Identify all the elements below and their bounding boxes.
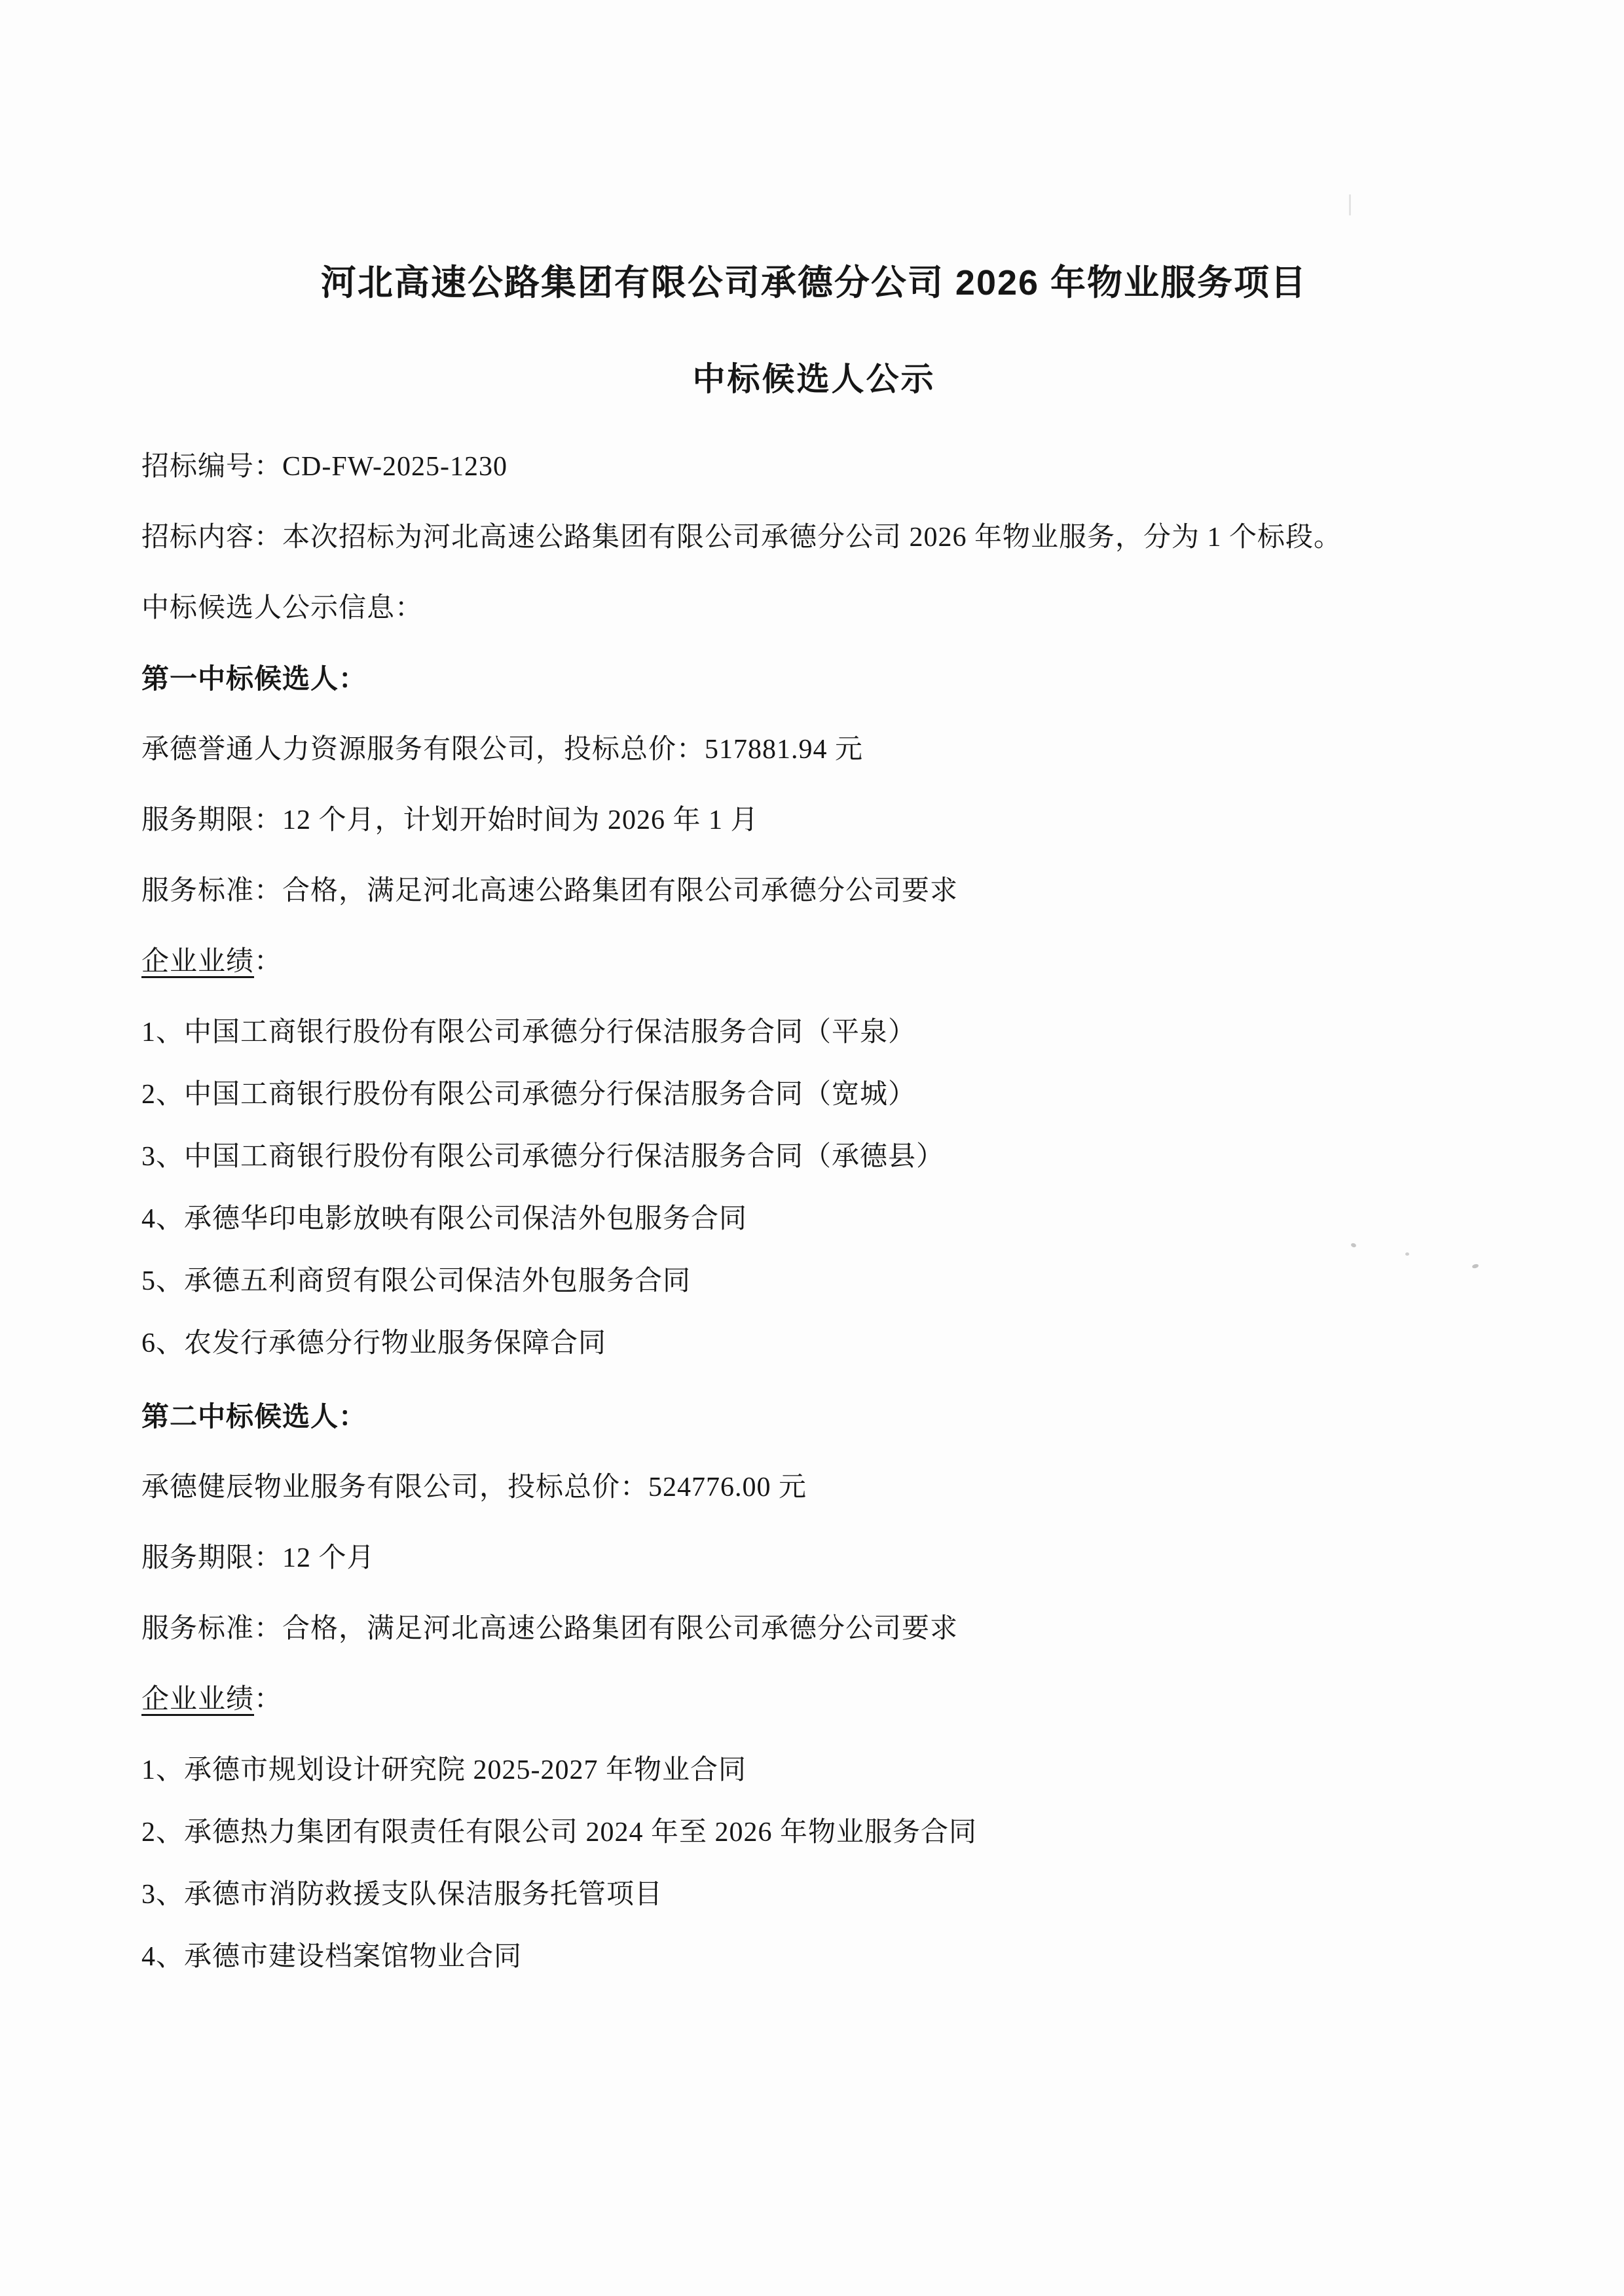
- candidate-1-performance-label: 企业业绩: [141, 947, 254, 977]
- document-title-line1: 河北高速公路集团有限公司承德分公司 2026 年物业服务项目: [141, 262, 1486, 304]
- candidate-1-performance-item-6: 6、农发行承德分行物业服务保障合同: [141, 1326, 1486, 1361]
- candidate-2-performance-label: 企业业绩: [141, 1685, 254, 1715]
- tender-content-line: 招标内容：本次招标为河北高速公路集团有限公司承德分公司 2026 年物业服务，分…: [141, 520, 1486, 555]
- candidate-2-service-standard-line: 服务标准：合格，满足河北高速公路集团有限公司承德分公司要求: [141, 1611, 1486, 1647]
- document-title-line2: 中标候选人公示: [141, 360, 1486, 398]
- candidate-1-performance-item-3: 3、中国工商银行股份有限公司承德分行保洁服务合同（承德县）: [141, 1139, 1486, 1175]
- scan-speck: [1405, 1252, 1409, 1256]
- tender-number-line: 招标编号：CD-FW-2025-1230: [141, 449, 1486, 484]
- scan-smudge: [1349, 194, 1351, 215]
- candidate-1-performance-label-line: 企业业绩：: [141, 944, 1486, 979]
- candidate-1-heading: 第一中标候选人：: [141, 661, 1486, 697]
- candidate-1-performance-item-1: 1、中国工商银行股份有限公司承德分行保洁服务合同（平泉）: [141, 1015, 1486, 1050]
- scanned-document-page: 河北高速公路集团有限公司承德分公司 2026 年物业服务项目 中标候选人公示 招…: [0, 0, 1624, 2296]
- candidate-1-performance-item-5: 5、承德五利商贸有限公司保洁外包服务合同: [141, 1264, 1486, 1299]
- candidate-2-performance-item-4: 4、承德市建设档案馆物业合同: [141, 1939, 1486, 1975]
- candidate-2-company-price-line: 承德健辰物业服务有限公司，投标总价：524776.00 元: [141, 1470, 1486, 1505]
- candidate-2-heading: 第二中标候选人：: [141, 1399, 1486, 1434]
- candidate-1-section: 第一中标候选人： 承德誉通人力资源服务有限公司，投标总价：517881.94 元…: [141, 661, 1486, 1361]
- candidate-2-performance-label-line: 企业业绩：: [141, 1682, 1486, 1717]
- candidate-2-performance-item-1: 1、承德市规划设计研究院 2025-2027 年物业合同: [141, 1753, 1486, 1788]
- candidate-1-service-period-line: 服务期限：12 个月，计划开始时间为 2026 年 1 月: [141, 803, 1486, 838]
- candidate-1-performance-item-4: 4、承德华印电影放映有限公司保洁外包服务合同: [141, 1201, 1486, 1237]
- candidate-2-performance-item-2: 2、承德热力集团有限责任有限公司 2024 年至 2026 年物业服务合同: [141, 1815, 1486, 1850]
- document-content: 河北高速公路集团有限公司承德分公司 2026 年物业服务项目 中标候选人公示 招…: [0, 0, 1624, 1975]
- candidate-2-performance-colon: ：: [254, 1685, 282, 1715]
- candidate-1-company-price-line: 承德誉通人力资源服务有限公司，投标总价：517881.94 元: [141, 732, 1486, 767]
- candidate-1-performance-item-2: 2、中国工商银行股份有限公司承德分行保洁服务合同（宽城）: [141, 1077, 1486, 1112]
- candidate-2-service-period-line: 服务期限：12 个月: [141, 1540, 1486, 1576]
- candidate-1-performance-colon: ：: [254, 947, 282, 977]
- candidate-2-section: 第二中标候选人： 承德健辰物业服务有限公司，投标总价：524776.00 元 服…: [141, 1399, 1486, 1975]
- candidate-2-performance-item-3: 3、承德市消防救援支队保洁服务托管项目: [141, 1877, 1486, 1912]
- publicity-info-line: 中标候选人公示信息：: [141, 591, 1486, 626]
- candidate-1-service-standard-line: 服务标准：合格，满足河北高速公路集团有限公司承德分公司要求: [141, 873, 1486, 909]
